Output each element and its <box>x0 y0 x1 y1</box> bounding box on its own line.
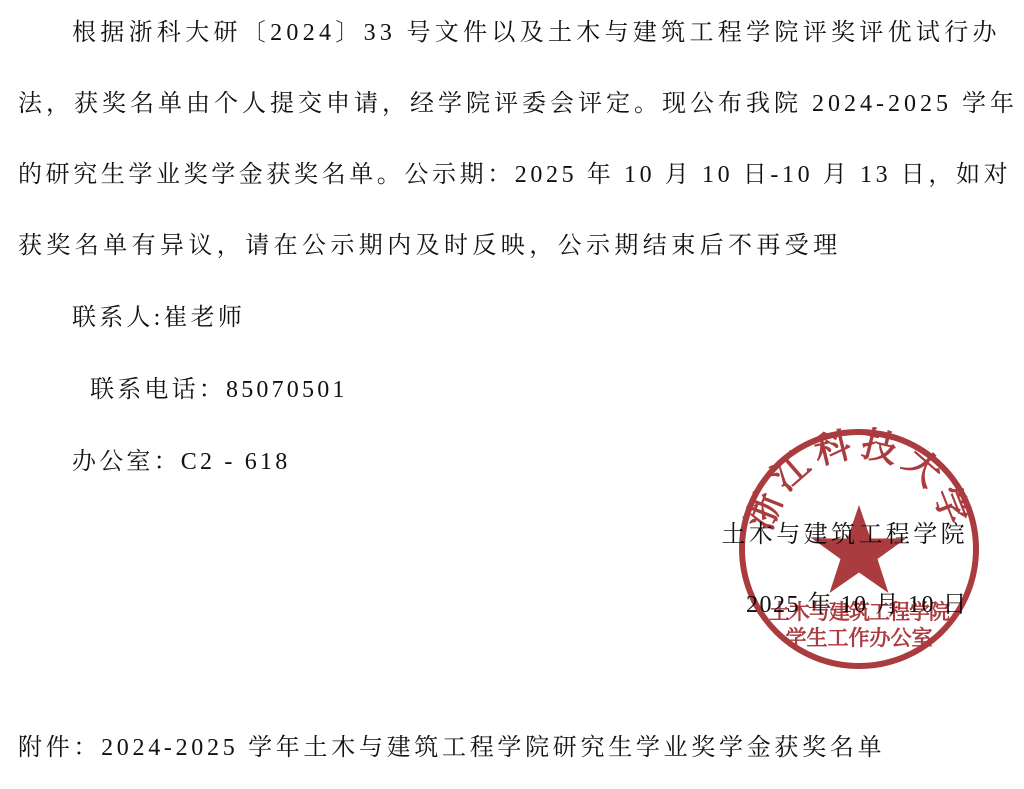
contact-phone: 联系电话：85070501 <box>90 375 348 405</box>
paragraph-line-2: 法，获奖名单由个人提交申请，经学院评委会评定。现公布我院 2024-2025 学… <box>18 89 1018 119</box>
contact-office: 办公室：C2 - 618 <box>72 447 290 477</box>
attachment-line: 附件：2024-2025 学年土木与建筑工程学院研究生学业奖学金获奖名单 <box>18 733 885 763</box>
paragraph-line-3: 的研究生学业奖学金获奖名单。公示期：2025 年 10 月 10 日-10 月 … <box>18 160 1011 190</box>
signature-date: 2025 年 10 月 10 日 <box>746 590 968 620</box>
contact-person: 联系人:崔老师 <box>72 303 245 333</box>
signature-organization: 土木与建筑工程学院 <box>721 520 968 550</box>
paragraph-line-4: 获奖名单有异议，请在公示期内及时反映，公示期结束后不再受理 <box>18 231 842 261</box>
paragraph-line-1: 根据浙科大研〔2024〕33 号文件以及土木与建筑工程学院评奖评优试行办 <box>72 18 1001 48</box>
seal-inner-line-2: 学生工作办公室 <box>786 626 933 650</box>
